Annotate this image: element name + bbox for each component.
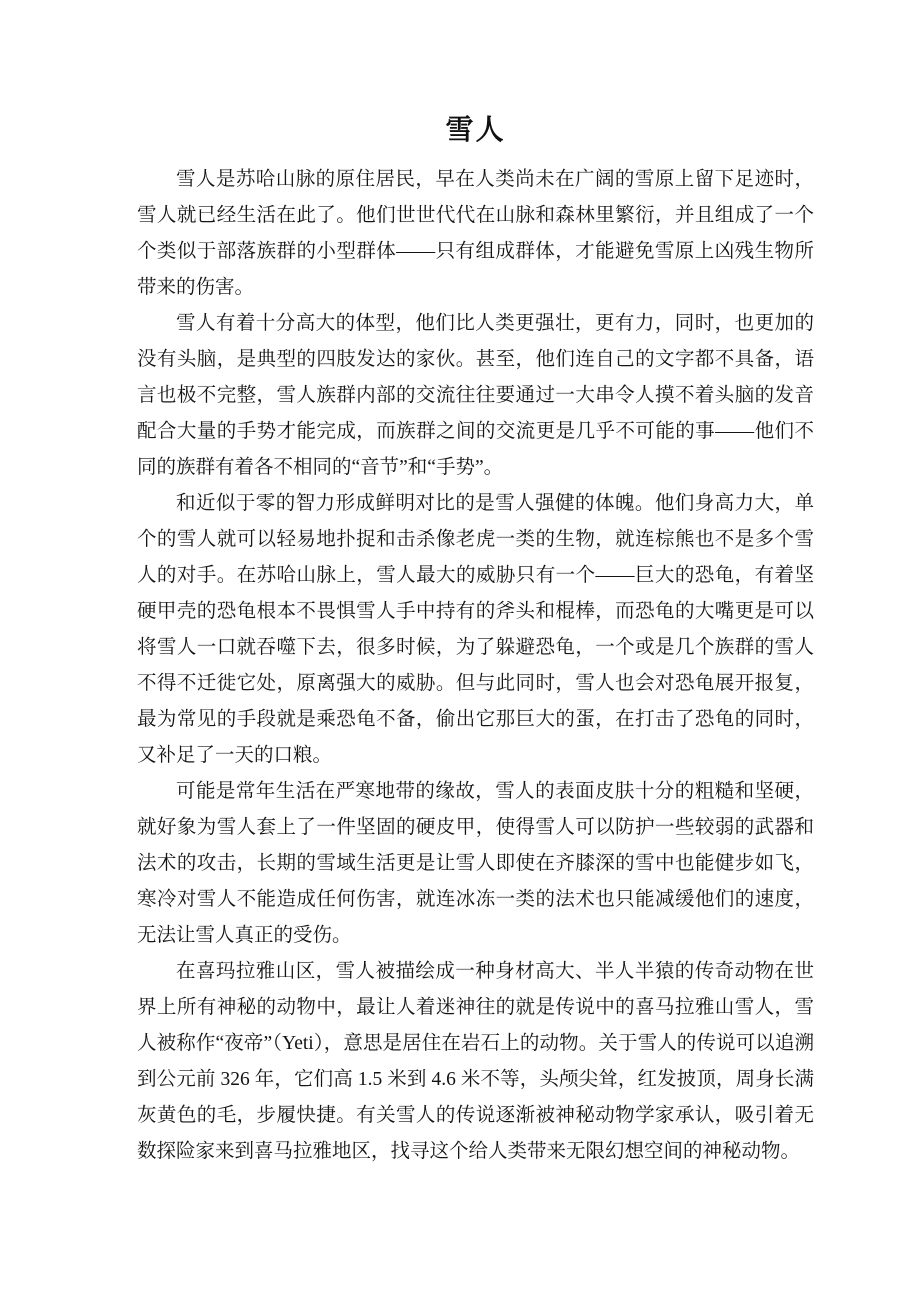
document-body: 雪人是苏哈山脉的原住居民，早在人类尚未在广阔的雪原上留下足迹时，雪人就已经生活在…: [137, 162, 814, 1170]
paragraph-himalaya-yeti-legend: 在喜玛拉雅山区，雪人被描绘成一种身材高大、半人半猿的传奇动物在世界上所有神秘的动…: [137, 954, 814, 1170]
document-page: 雪人 雪人是苏哈山脉的原住居民，早在人类尚未在广阔的雪原上留下足迹时，雪人就已经…: [0, 0, 920, 1302]
paragraph-tough-skin-cold-resistance: 可能是常年生活在严寒地带的缘故，雪人的表面皮肤十分的粗糙和坚硬，就好象为雪人套上…: [137, 774, 814, 954]
paragraph-physique-language: 雪人有着十分高大的体型，他们比人类更强壮，更有力，同时，也更加的没有头脑，是典型…: [137, 306, 814, 486]
paragraph-strength-turtle-threat: 和近似于零的智力形成鲜明对比的是雪人强健的体魄。他们身高力大，单个的雪人就可以轻…: [137, 486, 814, 774]
document-title: 雪人: [137, 112, 814, 150]
paragraph-origin-inhabitants: 雪人是苏哈山脉的原住居民，早在人类尚未在广阔的雪原上留下足迹时，雪人就已经生活在…: [137, 162, 814, 306]
